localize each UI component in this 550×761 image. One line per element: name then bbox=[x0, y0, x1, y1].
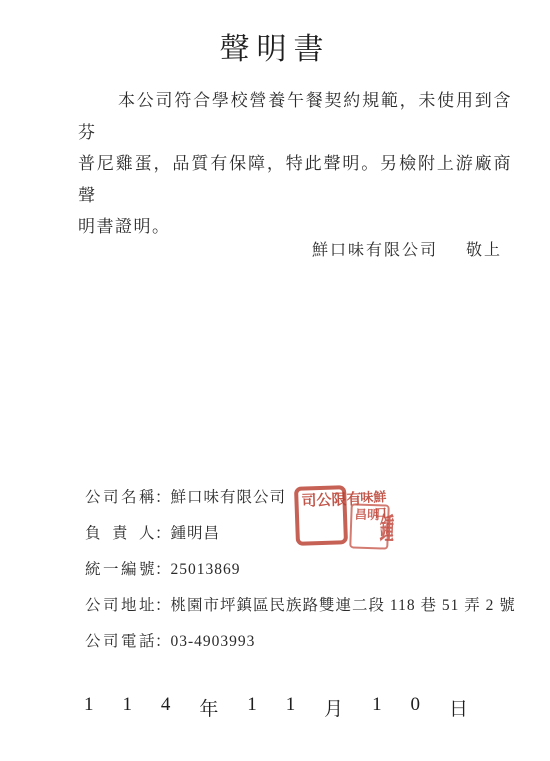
date-token-year: 年 bbox=[199, 694, 218, 721]
date-token: 0 bbox=[411, 694, 421, 721]
info-row-tax-id: 統一編號：25013869 bbox=[85, 559, 515, 581]
info-value: 03-4903993 bbox=[171, 633, 256, 650]
declaration-body: 本公司符合學校營養午餐契約規範，未使用到含芬 普尼雞蛋，品質有保障，特此聲明。另… bbox=[78, 85, 512, 243]
personal-seal-text-column: 鍾 bbox=[377, 512, 392, 542]
info-label: 負 責 人 bbox=[85, 523, 155, 545]
date-line: 1 1 4 年 1 1 月 1 0 日 bbox=[84, 694, 468, 721]
info-colon: ： bbox=[155, 595, 171, 617]
info-colon: ： bbox=[155, 559, 171, 581]
info-row-address: 公司地址：桃園市坪鎮區民族路雙連二段 118 巷 51 弄 2 號 bbox=[85, 595, 515, 617]
info-row-phone: 公司電話：03-4903993 bbox=[85, 631, 515, 653]
date-token: 1 bbox=[247, 694, 257, 721]
date-token: 1 bbox=[84, 694, 94, 721]
info-value: 鍾明昌 bbox=[171, 525, 221, 542]
info-label: 公司名稱 bbox=[85, 487, 155, 509]
info-value: 鮮口味有限公司 bbox=[171, 489, 287, 506]
info-value: 25013869 bbox=[171, 561, 241, 578]
date-token-month: 月 bbox=[324, 694, 343, 721]
info-value: 桃園市坪鎮區民族路雙連二段 118 巷 51 弄 2 號 bbox=[171, 597, 516, 614]
info-colon: ： bbox=[155, 631, 171, 653]
info-colon: ： bbox=[155, 523, 171, 545]
date-token: 1 bbox=[372, 694, 382, 721]
document-title: 聲明書 bbox=[0, 24, 550, 68]
personal-seal-text-column: 明昌 bbox=[352, 507, 378, 545]
info-label: 統一編號 bbox=[85, 559, 155, 581]
date-token: 4 bbox=[161, 694, 171, 721]
info-label: 公司地址 bbox=[85, 595, 155, 617]
signature-company-name: 鮮口味有限公司 bbox=[312, 242, 438, 259]
info-label: 公司電話 bbox=[85, 631, 155, 653]
body-line: 本公司符合學校營養午餐契約規範，未使用到含芬 bbox=[78, 85, 512, 148]
signature-line: 鮮口味有限公司敬上 bbox=[312, 237, 502, 260]
date-token-day: 日 bbox=[449, 694, 468, 721]
date-token: 1 bbox=[122, 694, 132, 721]
signature-closing: 敬上 bbox=[466, 242, 502, 259]
declaration-document-page: 聲明書 本公司符合學校營養午餐契約規範，未使用到含芬 普尼雞蛋，品質有保障，特此… bbox=[0, 0, 550, 761]
body-line: 普尼雞蛋，品質有保障，特此聲明。另檢附上游廠商聲 bbox=[78, 148, 512, 211]
personal-seal-stamp: 鍾 明昌 bbox=[349, 503, 390, 549]
company-seal-stamp: 鮮口味 有限 公司 bbox=[294, 485, 348, 546]
info-colon: ： bbox=[155, 487, 171, 509]
date-token: 1 bbox=[286, 694, 296, 721]
company-seal-text-column: 公司 bbox=[299, 492, 331, 540]
